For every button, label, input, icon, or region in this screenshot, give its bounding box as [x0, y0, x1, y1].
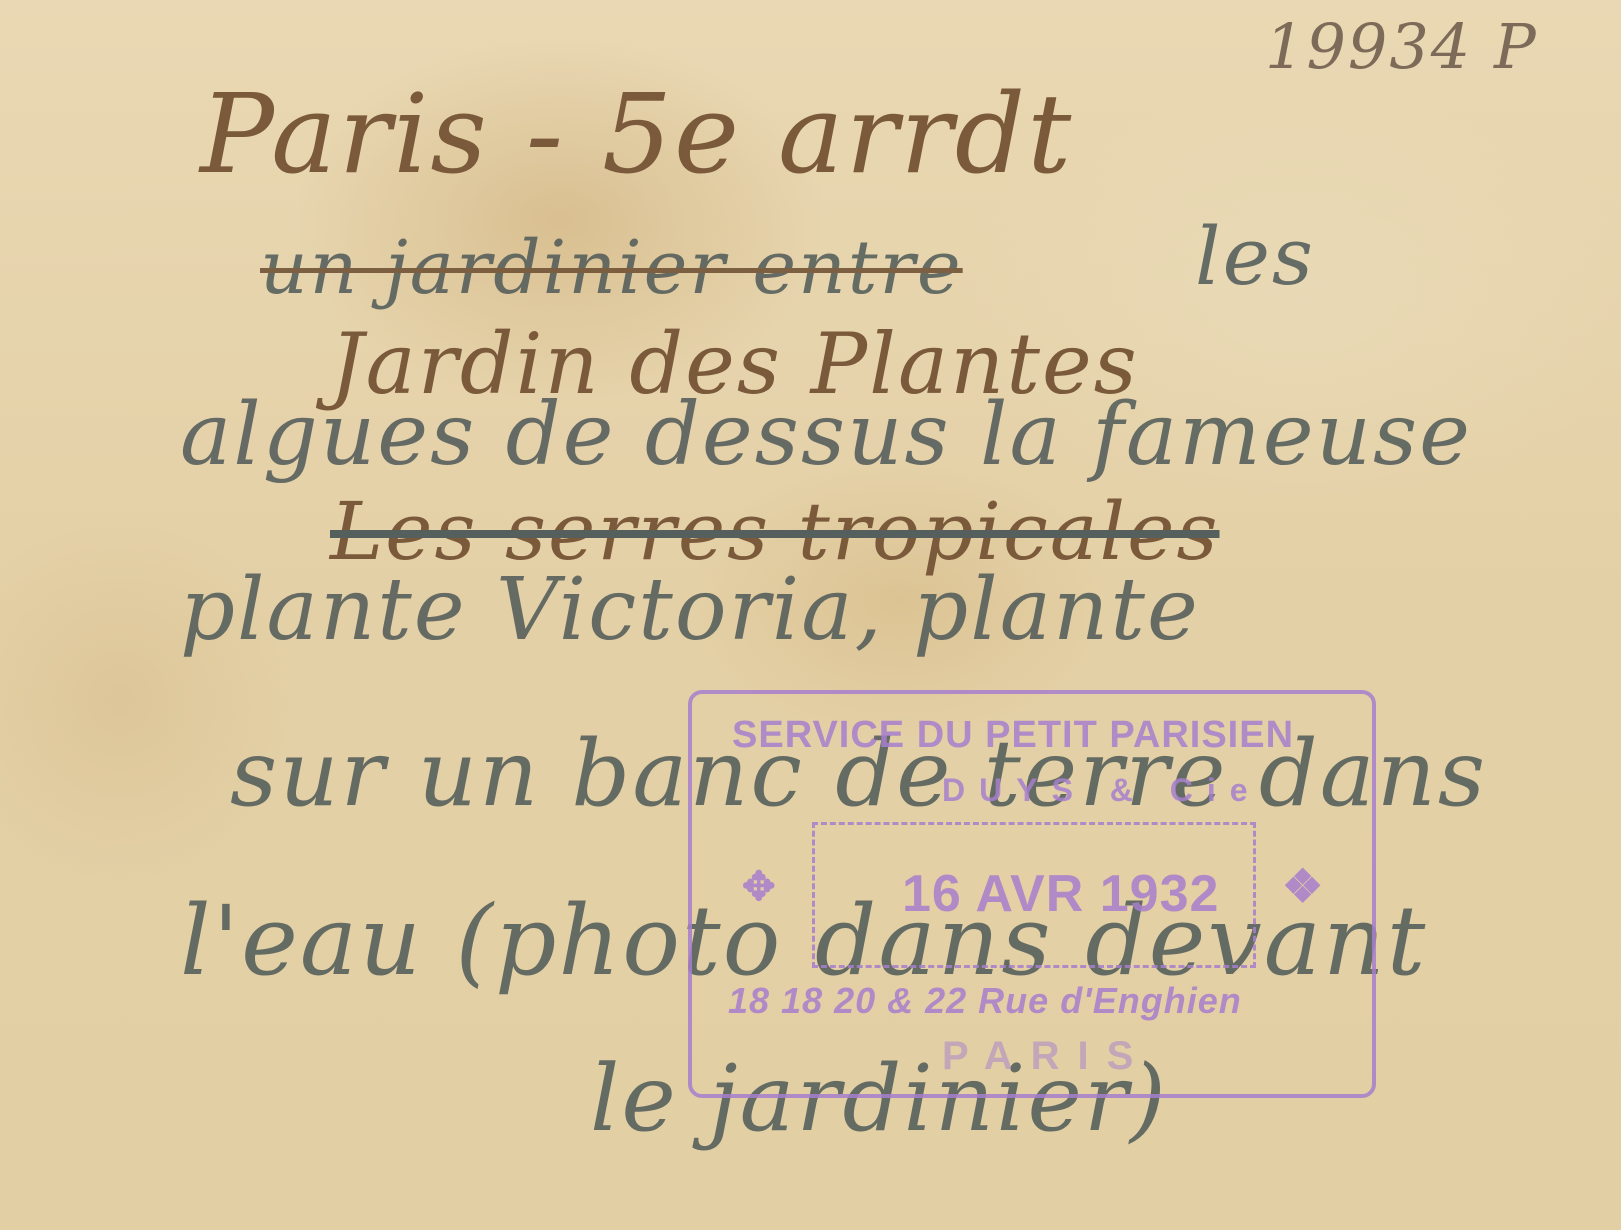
stamp-company: DUYS & Cie	[942, 772, 1262, 809]
reference-number: 19934 P	[1265, 10, 1538, 83]
stamp-ornament-left-icon: ✥	[742, 864, 776, 910]
date-stamp: SERVICE DU PETIT PARISIEN DUYS & Cie ✥ 1…	[688, 690, 1376, 1098]
handwriting-les: les	[1195, 210, 1315, 303]
handwriting-plante-line: plante Victoria, plante	[180, 560, 1200, 660]
document-page: 19934 P Paris - 5e arrdt un jardinier en…	[0, 0, 1621, 1230]
stamp-date: 16 AVR 1932	[902, 864, 1219, 924]
location-title: Paris - 5e arrdt	[200, 70, 1073, 198]
handwriting-algue-line: algues de dessus la fameuse	[180, 385, 1472, 485]
struck-text-line: un jardinier entre	[260, 225, 963, 311]
stamp-address: 18 18 20 & 22 Rue d'Enghien	[728, 980, 1242, 1022]
stamp-ornament-right-icon: ❖	[1282, 859, 1323, 913]
stamp-agency-name: SERVICE DU PETIT PARISIEN	[732, 714, 1294, 757]
stamp-city: PARIS	[942, 1034, 1151, 1079]
